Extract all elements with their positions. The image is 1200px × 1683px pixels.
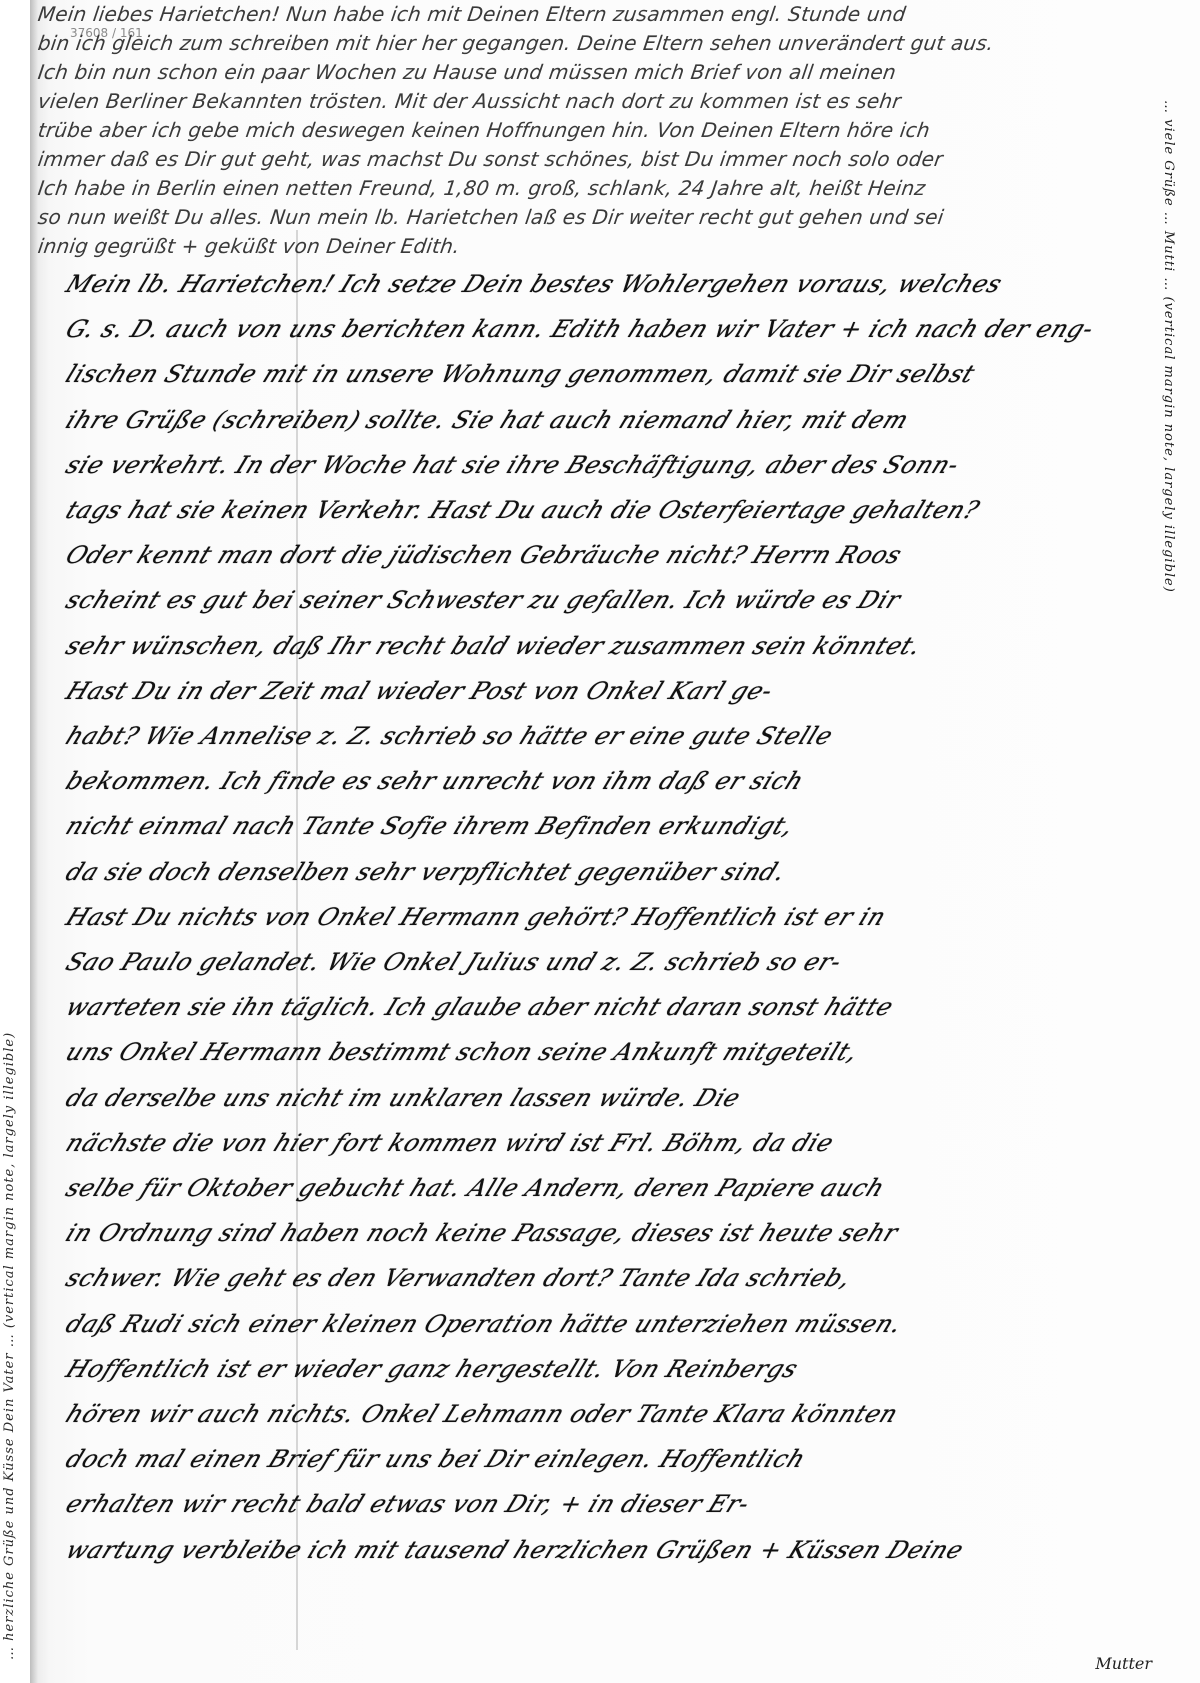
- letter-section-mother: Mein lb. Harietchen! Ich setze Dein best…: [58, 262, 1168, 1573]
- text-line: schwer. Wie geht es den Verwandten dort?…: [58, 1256, 1186, 1301]
- text-line: Oder kennt man dort die jüdischen Gebräu…: [58, 533, 1186, 578]
- text-line: habt? Wie Annelise z. Z. schrieb so hätt…: [58, 714, 1186, 759]
- text-line: Sao Paulo gelandet. Wie Onkel Julius und…: [58, 940, 1186, 985]
- text-line: selbe für Oktober gebucht hat. Alle Ande…: [58, 1166, 1186, 1211]
- text-line: vielen Berliner Bekannten trösten. Mit d…: [36, 87, 1170, 116]
- text-line: ihre Grüße (schreiben) sollte. Sie hat a…: [58, 398, 1186, 443]
- text-line: trübe aber ich gebe mich deswegen keinen…: [36, 116, 1170, 145]
- text-line: wartung verbleibe ich mit tausend herzli…: [58, 1528, 1186, 1573]
- text-line: hören wir auch nichts. Onkel Lehmann ode…: [58, 1392, 1186, 1437]
- text-line: da derselbe uns nicht im unklaren lassen…: [58, 1076, 1186, 1121]
- left-margin-note: … herzliche Grüße und Küsse Dein Vater ……: [2, 280, 32, 1660]
- text-line: tags hat sie keinen Verkehr. Hast Du auc…: [58, 488, 1186, 533]
- text-line: da sie doch denselben sehr verpflichtet …: [58, 850, 1186, 895]
- text-line: doch mal einen Brief für uns bei Dir ein…: [58, 1437, 1186, 1482]
- text-line: bin ich gleich zum schreiben mit hier he…: [36, 29, 1170, 58]
- text-line: so nun weißt Du alles. Nun mein lb. Hari…: [36, 203, 1170, 232]
- text-line: immer daß es Dir gut geht, was machst Du…: [36, 145, 1170, 174]
- text-line: warteten sie ihn täglich. Ich glaube abe…: [58, 985, 1186, 1030]
- text-line: Ich bin nun schon ein paar Wochen zu Hau…: [36, 58, 1170, 87]
- letter-section-edith: Mein liebes Harietchen! Nun habe ich mit…: [38, 0, 1168, 261]
- text-line: lischen Stunde mit in unsere Wohnung gen…: [58, 352, 1186, 397]
- text-line: nicht einmal nach Tante Sofie ihrem Befi…: [58, 804, 1186, 849]
- text-line: erhalten wir recht bald etwas von Dir, +…: [58, 1482, 1186, 1527]
- text-line: Mein liebes Harietchen! Nun habe ich mit…: [36, 0, 1170, 29]
- text-line: Hast Du nichts von Onkel Hermann gehört?…: [58, 895, 1186, 940]
- text-line: uns Onkel Hermann bestimmt schon seine A…: [58, 1030, 1186, 1075]
- text-line: bekommen. Ich finde es sehr unrecht von …: [58, 759, 1186, 804]
- text-line: sie verkehrt. In der Woche hat sie ihre …: [58, 443, 1186, 488]
- letter-page: 37608 / 161 Mein liebes Harietchen! Nun …: [30, 0, 1200, 1683]
- text-line: innig gegrüßt + geküßt von Deiner Edith.: [36, 232, 1170, 261]
- text-line: Mein lb. Harietchen! Ich setze Dein best…: [58, 262, 1186, 307]
- text-line: Hoffentlich ist er wieder ganz hergestel…: [58, 1347, 1186, 1392]
- text-line: scheint es gut bei seiner Schwester zu g…: [58, 578, 1186, 623]
- text-line: sehr wünschen, daß Ihr recht bald wieder…: [58, 624, 1186, 669]
- right-margin-note: … viele Grüße … Mutti … (vertical margin…: [1150, 100, 1176, 1640]
- text-line: G. s. D. auch von uns berichten kann. Ed…: [58, 307, 1186, 352]
- text-line: nächste die von hier fort kommen wird is…: [58, 1121, 1186, 1166]
- text-line: Ich habe in Berlin einen netten Freund, …: [36, 174, 1170, 203]
- text-line: daß Rudi sich einer kleinen Operation hä…: [58, 1302, 1186, 1347]
- signature: Mutter: [1095, 1654, 1152, 1673]
- text-line: Hast Du in der Zeit mal wieder Post von …: [58, 669, 1186, 714]
- text-line: in Ordnung sind haben noch keine Passage…: [58, 1211, 1186, 1256]
